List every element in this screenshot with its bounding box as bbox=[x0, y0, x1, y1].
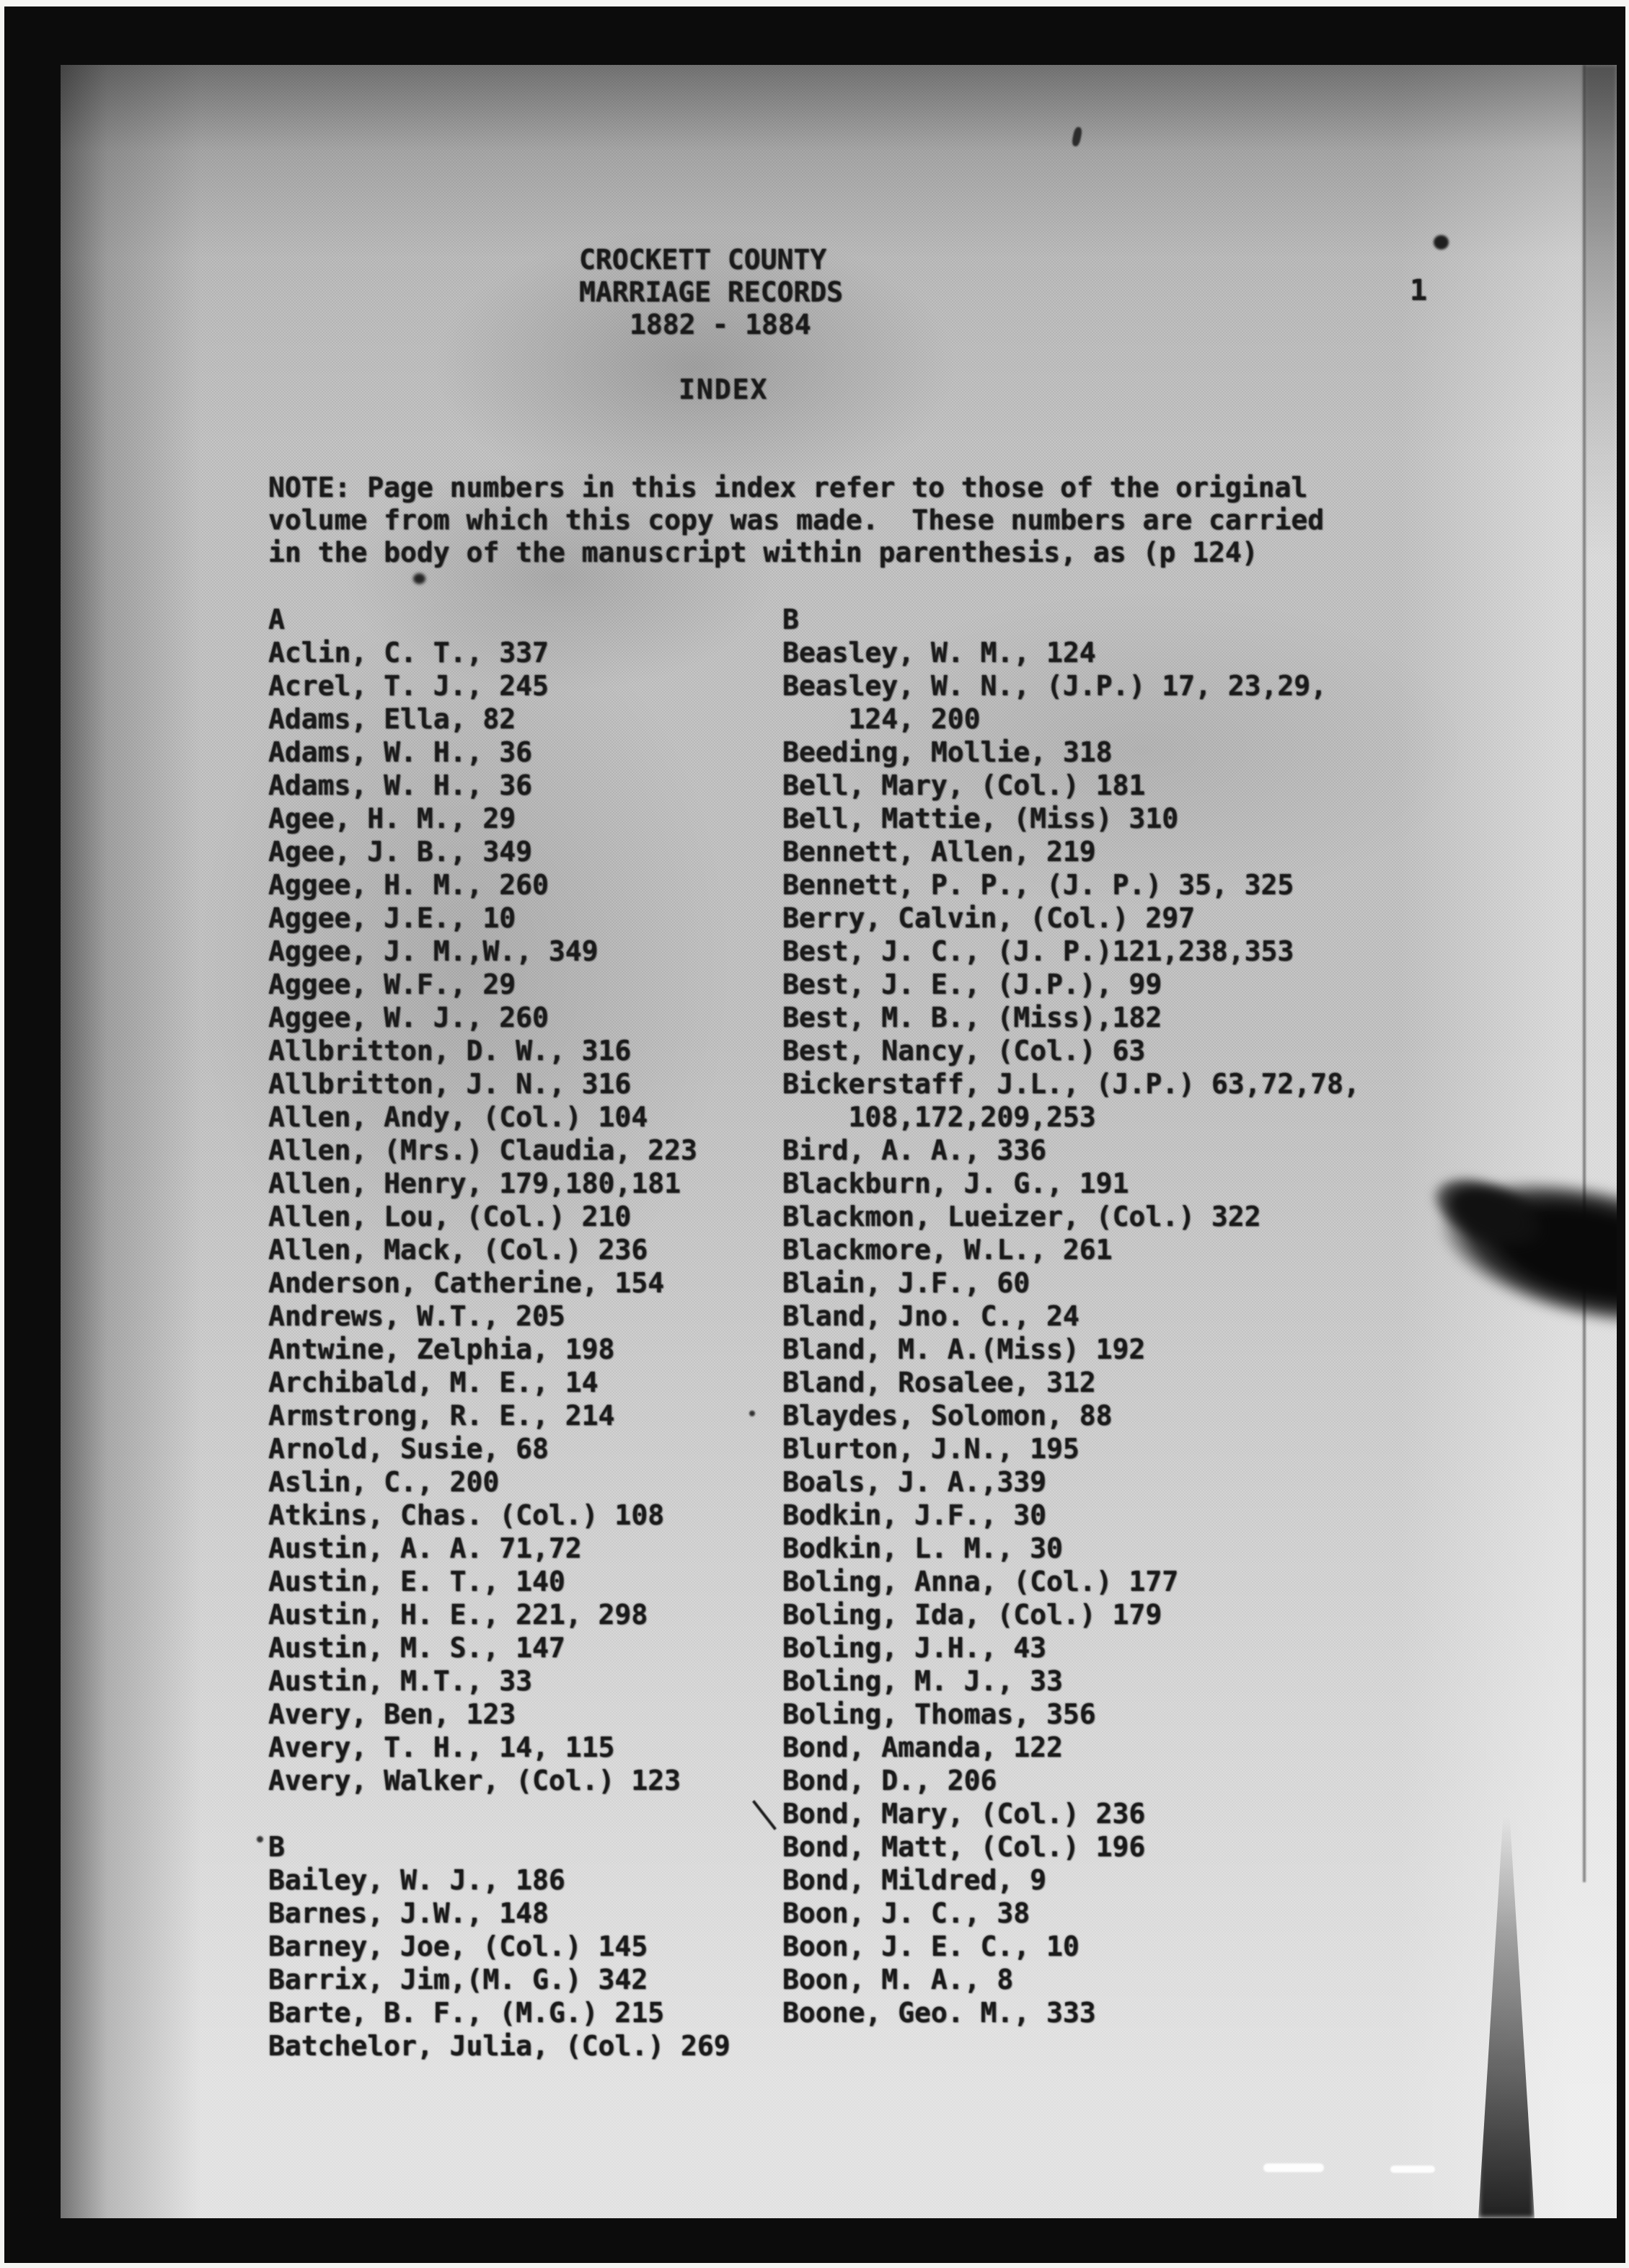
index-entry: Antwine, Zelphia, 198 bbox=[268, 1333, 730, 1366]
index-left-column: AAclin, C. T., 337Acrel, T. J., 245Adams… bbox=[268, 603, 730, 2062]
index-entry bbox=[268, 1797, 730, 1830]
index-entry: Best, M. B., (Miss),182 bbox=[782, 1001, 1360, 1034]
note-line: NOTE: Page numbers in this index refer t… bbox=[268, 472, 1324, 504]
index-entry: Barrix, Jim,(M. G.) 342 bbox=[268, 1963, 730, 1996]
index-entry: Acrel, T. J., 245 bbox=[268, 669, 730, 702]
index-entry: Bird, A. A., 336 bbox=[782, 1134, 1360, 1167]
index-entry: Barte, B. F., (M.G.) 215 bbox=[268, 1996, 730, 2029]
title-line: MARRIAGE RECORDS bbox=[579, 276, 843, 309]
index-entry: Boling, J.H., 43 bbox=[782, 1631, 1360, 1664]
index-entry: Boon, M. A., 8 bbox=[782, 1963, 1360, 1996]
index-heading: INDEX bbox=[679, 374, 768, 405]
index-entry: B bbox=[268, 1830, 730, 1863]
index-entry: Anderson, Catherine, 154 bbox=[268, 1266, 730, 1300]
index-entry: Avery, T. H., 14, 115 bbox=[268, 1731, 730, 1764]
index-entry: Agee, H. M., 29 bbox=[268, 802, 730, 835]
index-entry: Aggee, W.F., 29 bbox=[268, 968, 730, 1001]
index-entry: Boon, J. C., 38 bbox=[782, 1897, 1360, 1930]
index-entry: Boling, M. J., 33 bbox=[782, 1664, 1360, 1698]
index-entry: Boals, J. A.,339 bbox=[782, 1465, 1360, 1499]
index-entry: Blain, J.F., 60 bbox=[782, 1266, 1360, 1300]
index-entry: B bbox=[782, 603, 1360, 636]
index-entry: Bond, D., 206 bbox=[782, 1764, 1360, 1797]
index-entry: Best, Nancy, (Col.) 63 bbox=[782, 1034, 1360, 1067]
ink-dot bbox=[749, 1411, 755, 1416]
index-entry: Bond, Matt, (Col.) 196 bbox=[782, 1830, 1360, 1863]
microfilm-scan: { "colors": { "film_border": "#0c0c0c", … bbox=[0, 0, 1629, 2268]
index-entry: Aggee, J.E., 10 bbox=[268, 901, 730, 935]
index-entry: Allen, Lou, (Col.) 210 bbox=[268, 1200, 730, 1233]
index-entry: 108,172,209,253 bbox=[782, 1100, 1360, 1134]
fold-shadow bbox=[1478, 1817, 1535, 2218]
index-entry: Best, J. C., (J. P.)121,238,353 bbox=[782, 935, 1360, 968]
index-entry: Adams, Ella, 82 bbox=[268, 702, 730, 736]
index-entry: Allen, Henry, 179,180,181 bbox=[268, 1167, 730, 1200]
index-entry: 124, 200 bbox=[782, 702, 1360, 736]
index-entry: Berry, Calvin, (Col.) 297 bbox=[782, 901, 1360, 935]
index-entry: Beasley, W. N., (J.P.) 17, 23,29, bbox=[782, 669, 1360, 702]
index-entry: Armstrong, R. E., 214 bbox=[268, 1399, 730, 1432]
index-entry: Aclin, C. T., 337 bbox=[268, 636, 730, 669]
index-entry: Archibald, M. E., 14 bbox=[268, 1366, 730, 1399]
index-entry: Austin, M.T., 33 bbox=[268, 1664, 730, 1698]
index-entry: Bennett, P. P., (J. P.) 35, 325 bbox=[782, 868, 1360, 901]
index-entry: Barnes, J.W., 148 bbox=[268, 1897, 730, 1930]
ink-dot bbox=[257, 1836, 263, 1843]
ink-dot bbox=[413, 573, 425, 584]
index-entry: Bell, Mattie, (Miss) 310 bbox=[782, 802, 1360, 835]
index-entry: Boling, Anna, (Col.) 177 bbox=[782, 1565, 1360, 1598]
index-entry: Blurton, J.N., 195 bbox=[782, 1432, 1360, 1465]
index-entry: Allen, Mack, (Col.) 236 bbox=[268, 1233, 730, 1266]
index-entry: Aggee, J. M.,W., 349 bbox=[268, 935, 730, 968]
index-entry: Bland, Rosalee, 312 bbox=[782, 1366, 1360, 1399]
index-entry: Blackmon, Lueizer, (Col.) 322 bbox=[782, 1200, 1360, 1233]
index-entry: Batchelor, Julia, (Col.) 269 bbox=[268, 2029, 730, 2062]
index-entry: Agee, J. B., 349 bbox=[268, 835, 730, 868]
index-entry: Boling, Ida, (Col.) 179 bbox=[782, 1598, 1360, 1631]
index-entry: Bodkin, J.F., 30 bbox=[782, 1499, 1360, 1532]
index-entry: Bailey, W. J., 186 bbox=[268, 1863, 730, 1897]
index-entry: Bodkin, L. M., 30 bbox=[782, 1532, 1360, 1565]
index-entry: Atkins, Chas. (Col.) 108 bbox=[268, 1499, 730, 1532]
index-entry: Aggee, W. J., 260 bbox=[268, 1001, 730, 1034]
title-block: CROCKETT COUNTYMARRIAGE RECORDS1882 - 18… bbox=[579, 244, 843, 341]
ink-dot bbox=[1434, 235, 1449, 250]
index-entry: Allen, (Mrs.) Claudia, 223 bbox=[268, 1134, 730, 1167]
index-entry: Boon, J. E. C., 10 bbox=[782, 1930, 1360, 1963]
index-entry: Aslin, C., 200 bbox=[268, 1465, 730, 1499]
index-entry: Bond, Mildred, 9 bbox=[782, 1863, 1360, 1897]
page-edge-shadow bbox=[1584, 65, 1617, 555]
note-line: volume from which this copy was made. Th… bbox=[268, 504, 1324, 537]
index-entry: Arnold, Susie, 68 bbox=[268, 1432, 730, 1465]
index-entry: Austin, A. A. 71,72 bbox=[268, 1532, 730, 1565]
index-entry: Bell, Mary, (Col.) 181 bbox=[782, 769, 1360, 802]
index-entry: Adams, W. H., 36 bbox=[268, 769, 730, 802]
page-number: 1 bbox=[1410, 274, 1427, 307]
index-entry: Adams, W. H., 36 bbox=[268, 736, 730, 769]
index-entry: Austin, H. E., 221, 298 bbox=[268, 1598, 730, 1631]
title-line: CROCKETT COUNTY bbox=[579, 244, 843, 276]
index-entry: Aggee, H. M., 260 bbox=[268, 868, 730, 901]
index-entry: Best, J. E., (J.P.), 99 bbox=[782, 968, 1360, 1001]
scratch-mark bbox=[1263, 2163, 1324, 2172]
index-entry: Bond, Amanda, 122 bbox=[782, 1731, 1360, 1764]
index-right-column: BBeasley, W. M., 124Beasley, W. N., (J.P… bbox=[782, 603, 1360, 2029]
index-entry: Allbritton, J. N., 316 bbox=[268, 1067, 730, 1100]
index-entry: Austin, E. T., 140 bbox=[268, 1565, 730, 1598]
index-entry: Bond, Mary, (Col.) 236 bbox=[782, 1797, 1360, 1830]
index-entry: Austin, M. S., 147 bbox=[268, 1631, 730, 1664]
index-entry: Boling, Thomas, 356 bbox=[782, 1698, 1360, 1731]
index-entry: Allbritton, D. W., 316 bbox=[268, 1034, 730, 1067]
index-entry: Bland, M. A.(Miss) 192 bbox=[782, 1333, 1360, 1366]
index-entry: Bennett, Allen, 219 bbox=[782, 835, 1360, 868]
index-entry: Beasley, W. M., 124 bbox=[782, 636, 1360, 669]
title-line: 1882 - 1884 bbox=[579, 309, 843, 341]
index-entry: Allen, Andy, (Col.) 104 bbox=[268, 1100, 730, 1134]
index-entry: Beeding, Mollie, 318 bbox=[782, 736, 1360, 769]
note-line: in the body of the manuscript within par… bbox=[268, 537, 1324, 569]
stray-pen-mark bbox=[752, 1800, 777, 1830]
index-entry: Avery, Walker, (Col.) 123 bbox=[268, 1764, 730, 1797]
index-entry: Bickerstaff, J.L., (J.P.) 63,72,78, bbox=[782, 1067, 1360, 1100]
index-entry: Andrews, W.T., 205 bbox=[268, 1300, 730, 1333]
index-entry: Blackburn, J. G., 191 bbox=[782, 1167, 1360, 1200]
index-entry: Blaydes, Solomon, 88 bbox=[782, 1399, 1360, 1432]
scratch-mark bbox=[1390, 2166, 1435, 2173]
ink-smudge bbox=[1071, 126, 1082, 147]
index-entry: Boone, Geo. M., 333 bbox=[782, 1996, 1360, 2029]
note-block: NOTE: Page numbers in this index refer t… bbox=[268, 472, 1324, 569]
index-entry: Avery, Ben, 123 bbox=[268, 1698, 730, 1731]
index-entry: Bland, Jno. C., 24 bbox=[782, 1300, 1360, 1333]
index-entry: Barney, Joe, (Col.) 145 bbox=[268, 1930, 730, 1963]
index-entry: A bbox=[268, 603, 730, 636]
index-entry: Blackmore, W.L., 261 bbox=[782, 1233, 1360, 1266]
